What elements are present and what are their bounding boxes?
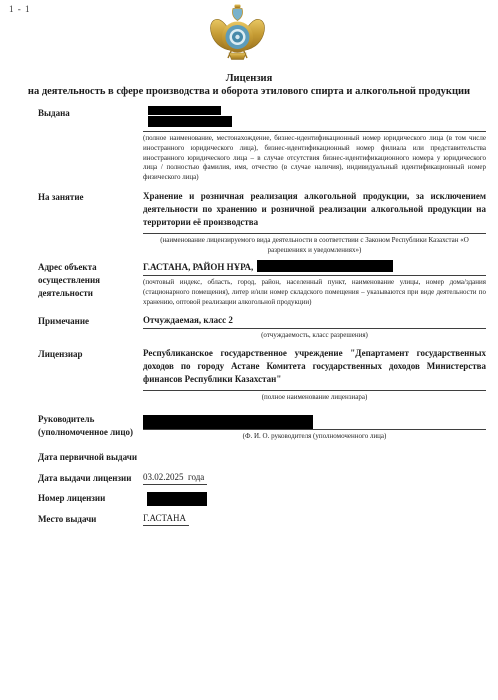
field-licensor-label: Лицензиар (38, 347, 143, 403)
field-issue-date-value-area: 03.02.2025 года (143, 471, 486, 485)
field-license-number: Номер лицензии (38, 491, 486, 506)
field-first-issue-date-value-area (143, 450, 486, 464)
field-first-issue-date-label-text: Дата первичной выдачи (38, 451, 143, 464)
field-issue-place: Место выдачи Г.АСТАНА (38, 512, 486, 526)
field-activity-value-area: Хранение и розничная реализация алкоголь… (143, 190, 486, 255)
kazakhstan-coat-of-arms-icon (209, 4, 266, 63)
field-licensor-value: Республиканское государственное учрежден… (143, 347, 486, 386)
field-issue-date-value: 03.02.2025 года (143, 471, 207, 485)
redacted-licensee-name-line1 (148, 106, 221, 115)
field-activity-value: Хранение и розничная реализация алкоголь… (143, 190, 486, 229)
field-note: Примечание Отчуждаемая, класс 2 (отчужда… (38, 314, 486, 341)
field-issue-place-value: Г.АСТАНА (143, 512, 189, 526)
field-licensor: Лицензиар Республиканское государственно… (38, 347, 486, 403)
field-activity-rule (143, 233, 486, 234)
field-head-value-area: (Ф. И. О. руководителя (уполномоченного … (143, 412, 486, 442)
field-address-value-area: Г.АСТАНА, РАЙОН НҰРА, (почтовый индекс, … (143, 260, 486, 307)
field-address-rule (143, 275, 486, 276)
field-head-signature-line (143, 414, 486, 430)
field-first-issue-date-label: Дата первичной выдачи (38, 450, 143, 464)
field-license-number-label: Номер лицензии (38, 491, 143, 506)
field-license-number-label-text: Номер лицензии (38, 492, 143, 505)
field-issued-to-label: Выдана (38, 106, 143, 183)
field-licensor-rule (143, 390, 486, 391)
field-activity: На занятие Хранение и розничная реализац… (38, 190, 486, 255)
field-license-number-value-area (143, 491, 486, 506)
field-first-issue-date: Дата первичной выдачи (38, 450, 486, 464)
license-document-page: 1 - 1 Лицензия на деятельност (0, 0, 498, 700)
field-issued-to: Выдана (полное наименование, местонахожд… (38, 106, 486, 183)
field-address-label: Адрес объекта осуществления деятельности (38, 260, 143, 307)
field-activity-label-text: На занятие (38, 191, 143, 204)
field-note-label-text: Примечание (38, 315, 143, 328)
field-issued-to-rule (143, 131, 486, 132)
field-issue-date: Дата выдачи лицензии 03.02.2025 года (38, 471, 486, 485)
document-title-line1: Лицензия (0, 73, 498, 86)
redacted-license-number (147, 492, 207, 506)
field-note-label: Примечание (38, 314, 143, 341)
field-licensor-value-area: Республиканское государственное учрежден… (143, 347, 486, 403)
field-address-caption: (почтовый индекс, область, город, район,… (143, 278, 486, 307)
redacted-address-detail (257, 260, 393, 272)
redacted-head-name (143, 415, 313, 429)
field-issue-place-label-text: Место выдачи (38, 513, 143, 526)
field-issue-date-label: Дата выдачи лицензии (38, 471, 143, 485)
field-activity-caption: (наименование лицензируемого вида деятел… (143, 236, 486, 256)
document-title: Лицензия на деятельность в сфере произво… (0, 73, 498, 98)
field-note-value-area: Отчуждаемая, класс 2 (отчуждаемость, кла… (143, 314, 486, 341)
field-issue-place-label: Место выдачи (38, 512, 143, 526)
field-head-label-line2: (уполномоченное лицо) (38, 426, 143, 439)
field-issue-place-value-area: Г.АСТАНА (143, 512, 486, 526)
field-issued-to-caption: (полное наименование, местонахождение, б… (143, 134, 486, 183)
field-note-caption: (отчуждаемость, класс разрешения) (143, 331, 486, 341)
field-note-value: Отчуждаемая, класс 2 (143, 314, 486, 327)
emblem-container (0, 0, 486, 63)
field-issued-to-value-area: (полное наименование, местонахождение, б… (143, 106, 486, 183)
field-activity-label: На занятие (38, 190, 143, 255)
document-body: Выдана (полное наименование, местонахожд… (0, 106, 498, 526)
field-note-rule (143, 328, 486, 329)
field-head-caption: (Ф. И. О. руководителя (уполномоченного … (143, 432, 486, 442)
field-head: Руководитель (уполномоченное лицо) (Ф. И… (38, 412, 486, 442)
field-address: Адрес объекта осуществления деятельности… (38, 260, 486, 307)
field-address-value: Г.АСТАНА, РАЙОН НҰРА, (143, 262, 253, 272)
redacted-licensee-name-line2 (148, 116, 232, 127)
field-licensor-label-text: Лицензиар (38, 348, 143, 361)
field-head-label-line1: Руководитель (38, 413, 143, 426)
field-issue-date-label-text: Дата выдачи лицензии (38, 472, 143, 485)
document-title-line2: на деятельность в сфере производства и о… (0, 86, 498, 99)
field-licensor-caption: (полное наименование лицензиара) (143, 393, 486, 403)
field-address-value-line: Г.АСТАНА, РАЙОН НҰРА, (143, 260, 486, 274)
field-head-label: Руководитель (уполномоченное лицо) (38, 412, 143, 442)
